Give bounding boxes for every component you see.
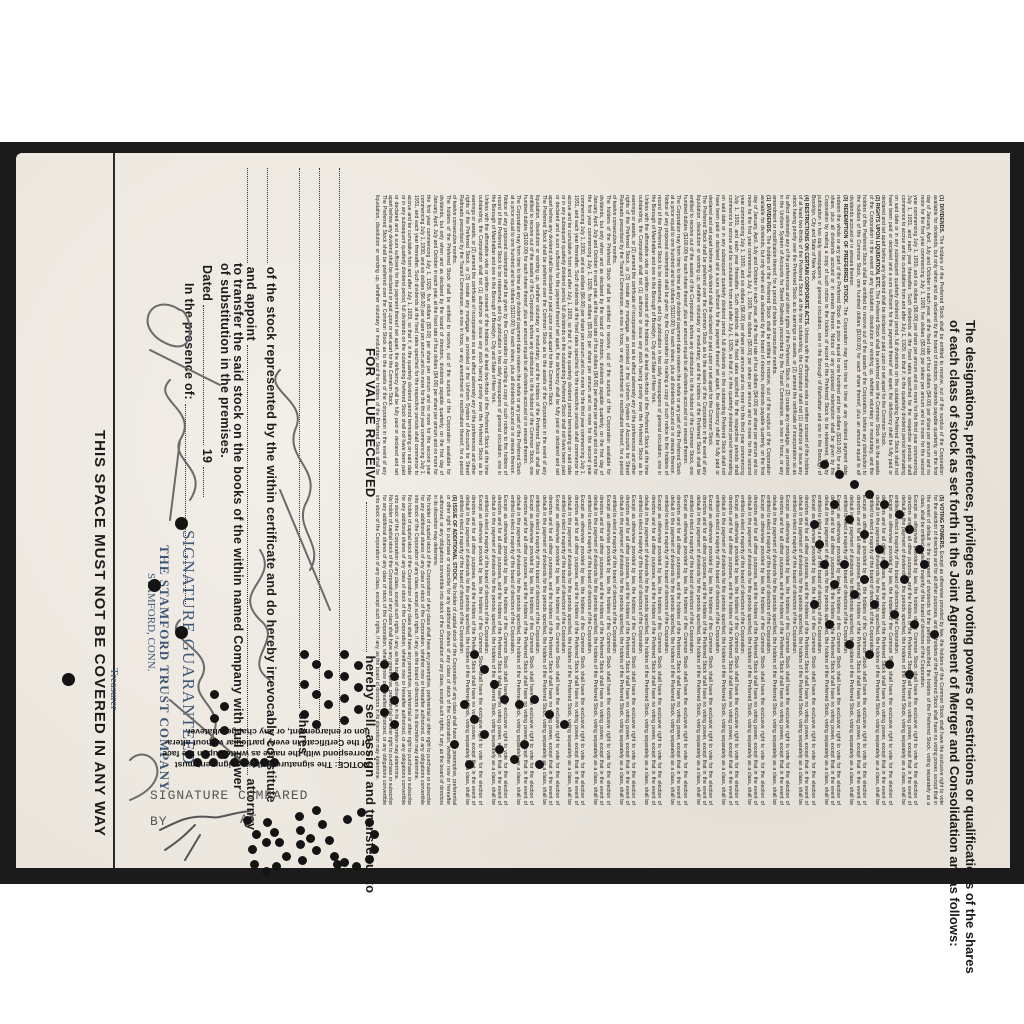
perforation-hole [296, 826, 305, 835]
perforation-hole [870, 600, 879, 609]
margin-warning: THIS SPACE MUST NOT BE COVERED IN ANY WA… [91, 430, 108, 837]
perforation-hole [905, 670, 914, 679]
punch-hole [148, 579, 161, 592]
perforation-hole [530, 695, 539, 704]
perforation-hole [312, 720, 321, 729]
perforation-hole [210, 690, 219, 699]
perforation-hole [248, 845, 257, 854]
perforation-hole [300, 680, 309, 689]
perforation-hole [850, 590, 859, 599]
perforation-hole [312, 806, 321, 815]
perforation-hole [193, 758, 202, 767]
perforation-hole [275, 838, 284, 847]
perforation-hole [470, 715, 479, 724]
perforation-hole [324, 700, 333, 709]
perforation-hole [365, 818, 374, 827]
perforation-hole [354, 705, 363, 714]
perforation-hole [312, 690, 321, 699]
perforation-hole [220, 702, 229, 711]
perforation-hole [262, 867, 271, 876]
perforation-hole [295, 812, 304, 821]
perforation-hole [510, 755, 519, 764]
perforation-hole [354, 661, 363, 670]
perforation-hole [520, 740, 529, 749]
punch-hole [175, 517, 188, 530]
perforation-hole [352, 862, 361, 871]
perforation-hole [340, 858, 349, 867]
perforation-hole [272, 862, 281, 871]
perforation-hole [830, 580, 839, 589]
perforation-hole [835, 470, 844, 479]
perforation-hole [250, 758, 259, 767]
perforation-hole [880, 500, 889, 509]
perforation-hole [560, 720, 569, 729]
legal-heading-1: The designations, preferences, privilege… [963, 320, 978, 974]
perforation-hole [312, 660, 321, 669]
perforation-hole [312, 846, 321, 855]
perforation-hole [240, 758, 249, 767]
perforation-hole [270, 758, 279, 767]
perforation-hole [845, 640, 854, 649]
perforation-hole [460, 700, 469, 709]
perforation-hole [470, 650, 479, 659]
signature-compared-label: SIGNATURE COMPARED [150, 788, 308, 803]
perforation-hole [370, 845, 379, 854]
perforation-hole [365, 855, 374, 864]
perforation-hole [875, 545, 884, 554]
perforation-hole [325, 836, 334, 845]
perforation-hole [860, 530, 869, 539]
perforation-hole [300, 710, 309, 719]
perforation-hole [820, 460, 829, 469]
perforation-hole [915, 545, 924, 554]
perforation-hole [840, 560, 849, 569]
perforation-hole [860, 575, 869, 584]
perforation-hole [263, 818, 272, 827]
perforation-hole [380, 660, 389, 669]
perforation-hole [815, 540, 824, 549]
perforation-hole [495, 745, 504, 754]
perforation-hole [380, 708, 389, 717]
perforation-hole [825, 620, 834, 629]
perforation-hole [450, 740, 459, 749]
perforation-hole [210, 738, 219, 747]
perforation-hole [270, 828, 279, 837]
perforation-hole [370, 830, 379, 839]
perforation-hole [250, 860, 259, 869]
perforation-hole [535, 760, 544, 769]
perforation-hole [920, 560, 929, 569]
perforation-hole [260, 758, 269, 767]
perforation-hole [185, 750, 194, 759]
punch-hole [62, 673, 75, 686]
compared-by-label: BY [150, 814, 168, 829]
perforation-hole [282, 852, 291, 861]
perforation-hole [262, 838, 271, 847]
perforation-hole [306, 834, 315, 843]
perforation-hole [900, 575, 909, 584]
perforation-hole [830, 500, 839, 509]
perforation-hole [380, 684, 389, 693]
perforation-hole [324, 670, 333, 679]
perforation-hole [390, 672, 399, 681]
perforation-hole [865, 490, 874, 499]
perforation-hole [300, 650, 309, 659]
perforation-hole [850, 480, 859, 489]
perforation-hole [845, 515, 854, 524]
perforation-hole [480, 665, 489, 674]
perforation-hole [340, 650, 349, 659]
perforation-hole [930, 630, 939, 639]
perforation-hole [201, 750, 210, 759]
perforation-hole [885, 660, 894, 669]
perforation-hole [298, 856, 307, 865]
perforation-hole [220, 726, 229, 735]
perforation-hole [490, 680, 499, 689]
legal-column-1: (1) DIVIDENDS. The holders of the Prefer… [374, 195, 944, 475]
perforation-hole [343, 815, 352, 824]
perforation-hole [340, 716, 349, 725]
perforation-hole [230, 758, 239, 767]
perforation-hole [209, 758, 218, 767]
perforation-hole [905, 525, 914, 534]
perforation-hole [340, 694, 349, 703]
perforation-hole [865, 650, 874, 659]
perforation-hole [296, 840, 305, 849]
perforation-hole [890, 610, 899, 619]
perforation-hole [880, 560, 889, 569]
perforation-hole [217, 750, 226, 759]
perforation-hole [354, 683, 363, 692]
perforation-hole [480, 730, 489, 739]
perforation-hole [210, 714, 219, 723]
perforation-hole [340, 672, 349, 681]
perforation-hole [390, 720, 399, 729]
perforation-hole [390, 696, 399, 705]
perforation-hole [515, 700, 524, 709]
perforation-hole [318, 820, 327, 829]
perforation-hole [252, 830, 261, 839]
assignee-line[interactable] [366, 502, 367, 652]
perforation-hole [810, 520, 819, 529]
perforation-hole [465, 760, 474, 769]
perforation-hole [810, 600, 819, 609]
perforation-hole [243, 816, 252, 825]
perforation-hole [895, 510, 904, 519]
perforation-hole [545, 710, 554, 719]
perforation-hole [820, 560, 829, 569]
perforation-hole [357, 808, 366, 817]
perforation-hole [910, 620, 919, 629]
perforation-hole [500, 695, 509, 704]
punch-hole [175, 626, 188, 639]
legal-column-2: (5) VOTING POWERS. Except as otherwise p… [374, 495, 944, 805]
legal-heading-2: of each class of stock as set forth in t… [947, 320, 962, 947]
